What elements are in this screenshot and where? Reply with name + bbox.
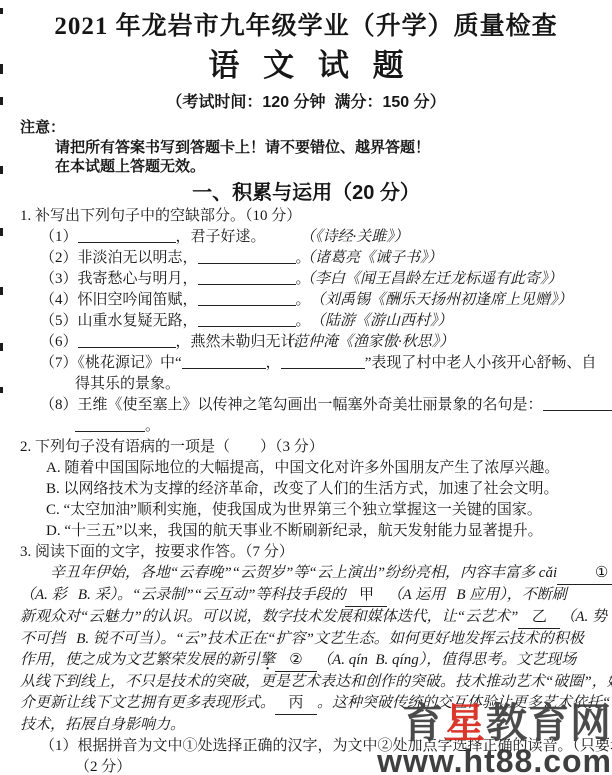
item-source: （范仲淹《渔家傲·秋思》） [278, 332, 454, 353]
section-heading: 一、积累与运用（20 分） [0, 181, 612, 206]
question-1: 1. 补写出下列句子中的空缺部分。（10 分） （1），君子好逑。 （《诗经·关… [0, 206, 612, 437]
item-source: （刘禹锡《酬乐天扬州初逢席上见赠》） [310, 290, 573, 311]
exam-info: （考试时间：120 分钟 满分：150 分） [0, 92, 612, 114]
scan-artifact [0, 387, 3, 393]
item-source: （陆游《游山西村》） [310, 311, 453, 332]
scan-artifact [0, 287, 3, 295]
passage-line-5: 作用，使之成为文艺繁荣发展的新引擎 ② （A. qín B. qíng），值得思… [20, 650, 600, 672]
option-a: A. 随着中国国际地位的大幅提高，中国文化对许多外国朋友产生了浓厚兴趣。 [46, 458, 612, 479]
option-d: D. “十三五”以来，我国的航天事业不断刷新纪录，航天发射能力显著提升。 [46, 521, 612, 542]
watermark: 育星教育网 www.ht88.com [377, 703, 612, 775]
fill-blank-item-2: （2）非淡泊无以明志，。 （诸葛亮《诫子书》） [40, 248, 612, 269]
scan-artifact [0, 8, 3, 14]
notice-line-2: 在本试题上答题无效。 [55, 157, 612, 177]
item-text-continued: 。 [75, 416, 612, 437]
item-source: （李白《闻王昌龄左迁龙标遥有此寄》） [300, 269, 563, 290]
question-1-stem: 1. 补写出下列句子中的空缺部分。（10 分） [20, 206, 612, 227]
scan-artifact [0, 166, 3, 174]
fill-blank-item-1: （1），君子好逑。 （《诗经·关雎》） [40, 227, 612, 248]
passage-line-2: （A. 彩 B. 采）。“云录制”“云互动”等科技手段的 甲 （A 运用 B 应… [20, 585, 600, 607]
item-source: （诸葛亮《诫子书》） [300, 248, 443, 269]
passage-line-6: 从线下到线上，不只是技术的突破，更是艺术表达和创作的突破。技术推动艺术“破圈”，… [20, 672, 600, 693]
fill-blank-item-8: （8）王维《使至塞上》以传神之笔勾画出一幅塞外奇美壮丽景象的名句是：， 。 [40, 395, 612, 437]
fill-blank-item-6: （6），燕然未勒归无计。 （范仲淹《渔家傲·秋思》） [40, 332, 612, 353]
notice-block: 注意： 请把所有答案书写到答题卡上！请不要错位、越界答题！ 在本试题上答题无效。 [20, 118, 612, 177]
fill-blank-item-4: （4）怀旧空吟闻笛赋，。 （刘禹锡《酬乐天扬州初逢席上见赠》） [40, 290, 612, 311]
scan-artifact [0, 97, 3, 105]
exam-paper-page: 2021 年龙岩市九年级学业（升学）质量检查 语 文 试 题 （考试时间：120… [0, 0, 612, 775]
scan-artifact [0, 343, 3, 351]
page-title: 2021 年龙岩市九年级学业（升学）质量检查 [6, 12, 606, 42]
fill-blank-item-3: （3）我寄愁心与明月，。 （李白《闻王昌龄左迁龙标遥有此寄》） [40, 269, 612, 290]
scan-artifact [0, 228, 3, 236]
item-text: （6），燕然未勒归无计。 [40, 334, 311, 350]
notice-line-1: 请把所有答案书写到答题卡上！请不要错位、越界答题！ [55, 138, 612, 158]
passage-line-1: 辛丑年伊始，各地“云春晚”“云贺岁”等“云上演出”纷纷亮相，内容丰富多 cǎi … [20, 563, 600, 585]
watermark-name-red: 星 [444, 700, 486, 746]
watermark-site-name: 育星教育网 [377, 703, 612, 744]
watermark-name-post: 教育网 [486, 700, 612, 746]
fill-blank-item-7: （7）《桃花源记》中“，”表现了村中老人小孩开心舒畅、自 得其乐的景象。 [40, 353, 612, 395]
item-text: （2）非淡泊无以明志，。 [40, 250, 311, 266]
question-2-stem: 2. 下列句子没有语病的一项是（ ）（3 分） [20, 437, 612, 458]
watermark-url: www.ht88.com [377, 745, 612, 775]
fill-blank-item-5: （5）山重水复疑无路，。 （陆游《游山西村》） [40, 311, 612, 332]
item-text: （4）怀旧空吟闻笛赋，。 [40, 292, 311, 308]
option-c: C. “太空加油”顺利实施，使我国成为世界第三个独立掌握这一关键的国家。 [46, 500, 612, 521]
item-text: （8）王维《使至塞上》以传神之笔勾画出一幅塞外奇美壮丽景象的名句是：， [40, 397, 612, 413]
item-text: （7）《桃花源记》中“，”表现了村中老人小孩开心舒畅、自 [40, 355, 596, 371]
question-3-stem: 3. 阅读下面的文字，按要求作答。（7 分） [20, 542, 612, 563]
passage-line-3: 新观众对“云魅力”的认识。可以说，数字技术发展和媒体迭代，让“云艺术” 乙 （A… [20, 607, 600, 629]
question-2: 2. 下列句子没有语病的一项是（ ）（3 分） A. 随着中国国际地位的大幅提高… [0, 437, 612, 542]
passage-line-4: 不可挡 B. 锐不可当）。“云”技术正在“扩容”文艺生态。如何更好地发挥云技术的… [20, 629, 600, 650]
item-text: （3）我寄愁心与明月，。 [40, 271, 311, 287]
option-b: B. 以网络技术为支撑的经济革命，改变了人们的生活方式，加速了社会文明。 [46, 479, 612, 500]
notice-label: 注意： [20, 118, 612, 138]
watermark-name-pre: 育 [402, 700, 444, 746]
subject-title: 语 文 试 题 [0, 46, 612, 86]
item-text-continued: 得其乐的景象。 [75, 374, 612, 395]
item-text: （1），君子好逑。 [40, 229, 266, 245]
item-source: （《诗经·关雎》） [300, 227, 409, 248]
scan-artifact [0, 64, 3, 74]
item-text: （5）山重水复疑无路，。 [40, 313, 311, 329]
